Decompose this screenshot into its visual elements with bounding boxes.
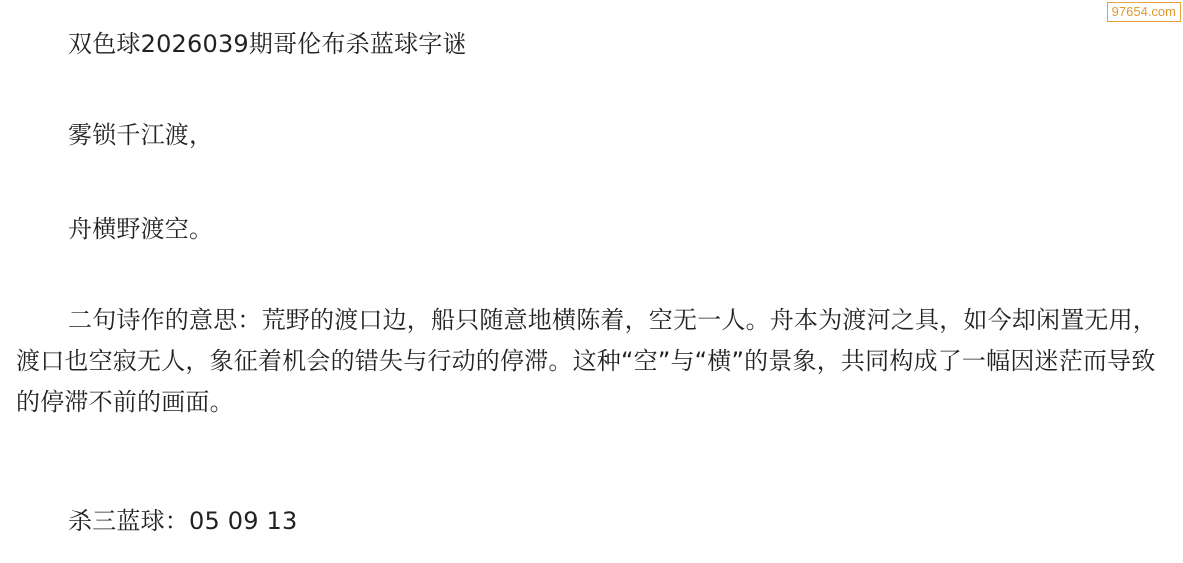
kill-blue-label: 杀三蓝球： (68, 507, 189, 535)
kill-blue-numbers: 05 09 13 (189, 507, 297, 535)
poem-line-1: 雾锁千江渡， (16, 115, 213, 156)
poem-line-2: 舟横野渡空。 (16, 209, 213, 250)
article-title: 双色球2026039期哥伦布杀蓝球字谜 (16, 24, 467, 65)
site-watermark: 97654.com (1107, 2, 1181, 22)
kill-blue-line: 杀三蓝球：05 09 13 (16, 501, 297, 542)
poem-explanation: 二句诗作的意思：荒野的渡口边，船只随意地横陈着，空无一人。舟本为渡河之具，如今却… (16, 300, 1166, 423)
